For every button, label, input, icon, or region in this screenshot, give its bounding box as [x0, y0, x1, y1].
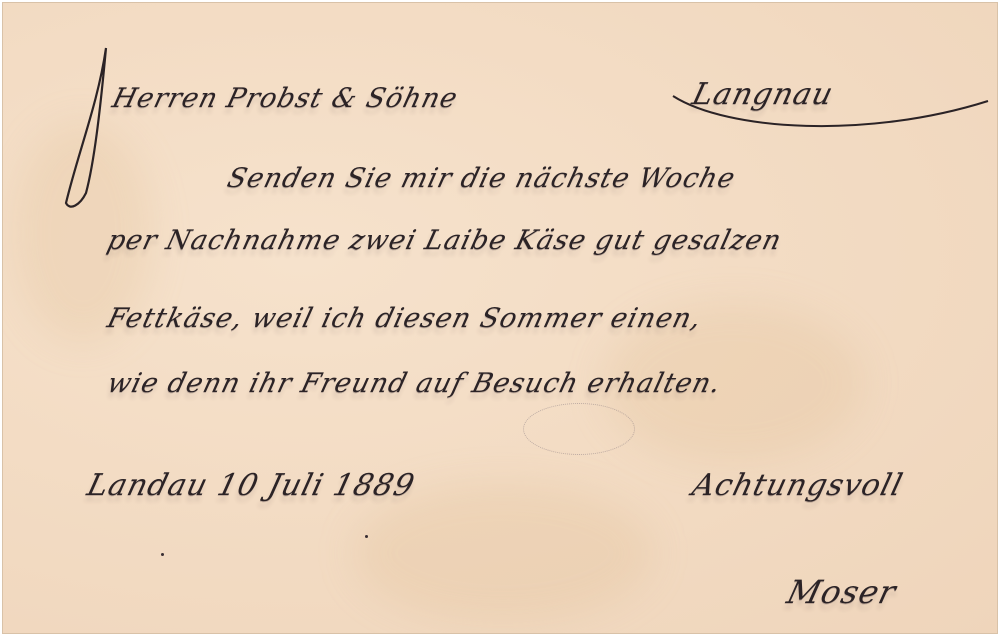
postcard: Herren Probst & Söhne Langnau Senden Sie…	[2, 2, 998, 634]
body-line-3: Fettkäse, weil ich diesen Sommer einen,	[104, 303, 705, 334]
addressee-line: Herren Probst & Söhne	[109, 83, 461, 114]
body-line-2: per Nachnahme zwei Laibe Käse gut gesalz…	[104, 225, 785, 256]
ink-speck	[161, 553, 164, 556]
body-line-4: wie denn ihr Freund auf Besuch erhalten.	[104, 368, 724, 399]
closing-salutation: Achtungsvoll	[689, 468, 907, 503]
faint-postmark	[523, 403, 635, 455]
paper-stain	[353, 483, 653, 623]
underline-swoosh-icon	[668, 91, 998, 141]
body-line-1: Senden Sie mir die nächste Woche	[224, 163, 739, 194]
date-line: Landau 10 Juli 1889	[84, 468, 419, 503]
opening-flourish-icon	[58, 43, 128, 213]
ink-speck	[365, 535, 368, 538]
signature: Moser	[783, 573, 900, 611]
